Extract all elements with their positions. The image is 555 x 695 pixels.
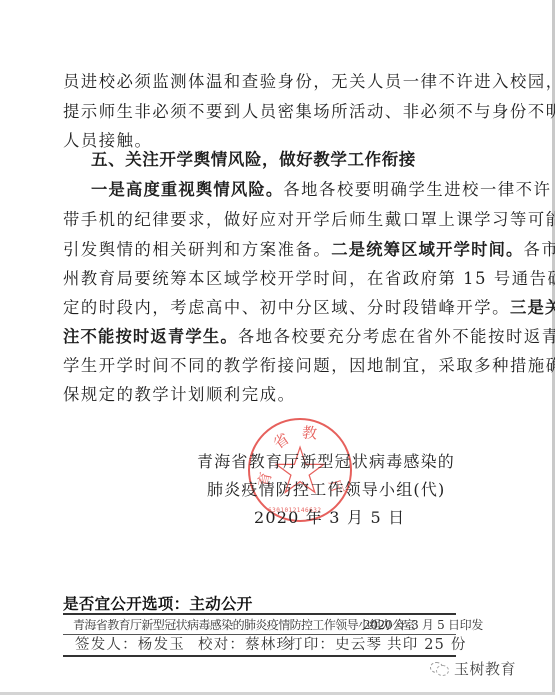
printer: 打印：史云琴 [288,636,382,654]
bold-lead: 三是关 [510,298,555,317]
paragraph-line: 保规定的教学计划顺利完成。 [63,385,455,405]
signer: 签发人：杨发玉 [75,636,185,654]
watermark: 玉树教育 [430,658,516,678]
line-text: 引发舆情的相关研判和方案准备。 [63,240,331,259]
paragraph-line: 一是高度重视舆情风险。各地各校要明确学生进校一律不许 [91,180,455,200]
footer-rule-bottom [63,655,456,657]
watermark-text: 玉树教育 [454,658,516,679]
issuing-organization-line2: 肺炎疫情防控工作领导小组(代) [207,480,446,500]
paragraph-line: 引发舆情的相关研判和方案准备。二是统筹区域开学时间。各市 [63,240,455,260]
footer-rule-middle [63,634,456,635]
section-heading: 五、关注开学舆情风险，做好教学工作衔接 [91,150,416,170]
bold-lead: 二是统筹区域开学时间。 [331,240,523,259]
copies: 共印 25 份 [387,636,467,654]
proofreader: 校对：蔡林珍 [198,636,292,654]
line-text: 各市 [524,240,555,259]
paragraph-line: 提示师生非必须不要到人员密集场所活动、非必须不与身份不明 [63,102,455,122]
line-text: 各地各校要明确学生进校一律不许 [283,180,551,199]
seal-char: 教 [301,425,317,441]
paragraph-line: 学生开学时间不同的教学衔接问题，因地制宜，采取多种措施确 [63,356,455,376]
footer-issuer-row: 青海省教育厅新型冠状病毒感染的肺炎疫情防控工作领导小组办公室 2020 年 3 … [63,617,456,633]
paragraph-line: 人员接触。 [63,131,455,151]
footer-credits-row: 签发人：杨发玉 校对：蔡林珍 打印：史云琴 共印 25 份 [63,636,456,654]
footer-rule-top [63,613,456,615]
disclosure-option: 是否宜公开选项：主动公开 [63,595,253,613]
print-date: 2020 年 3 月 5 日印发 [363,617,483,633]
wechat-icon [430,661,448,675]
paragraph-line: 注不能按时返青学生。各地各校要充分考虑在省外不能按时返青 [63,327,455,347]
paragraph-line: 州教育局要统筹本区域学校开学时间，在省政府第 15 号通告确 [63,269,455,289]
issuing-organization-line1: 青海省教育厅新型冠状病毒感染的 [197,452,455,472]
paragraph-line: 定的时段内，考虑高中、初中分区域、分时段错峰开学。三是关 [63,298,455,318]
paragraph-line: 员进校必须监测体温和查验身份，无关人员一律不许进入校园， [63,72,455,92]
issue-date: 2020 年 3 月 5 日 [254,508,405,528]
paragraph-line: 带手机的纪律要求，做好应对开学后师生戴口罩上课学习等可能 [63,210,455,230]
bold-lead: 注不能按时返青学生。 [63,327,238,346]
line-text: 各地各校要充分考虑在省外不能按时返青 [238,327,555,346]
line-text: 定的时段内，考虑高中、初中分区域、分时段错峰开学。 [63,298,510,317]
bold-lead: 一是高度重视舆情风险。 [91,180,283,199]
